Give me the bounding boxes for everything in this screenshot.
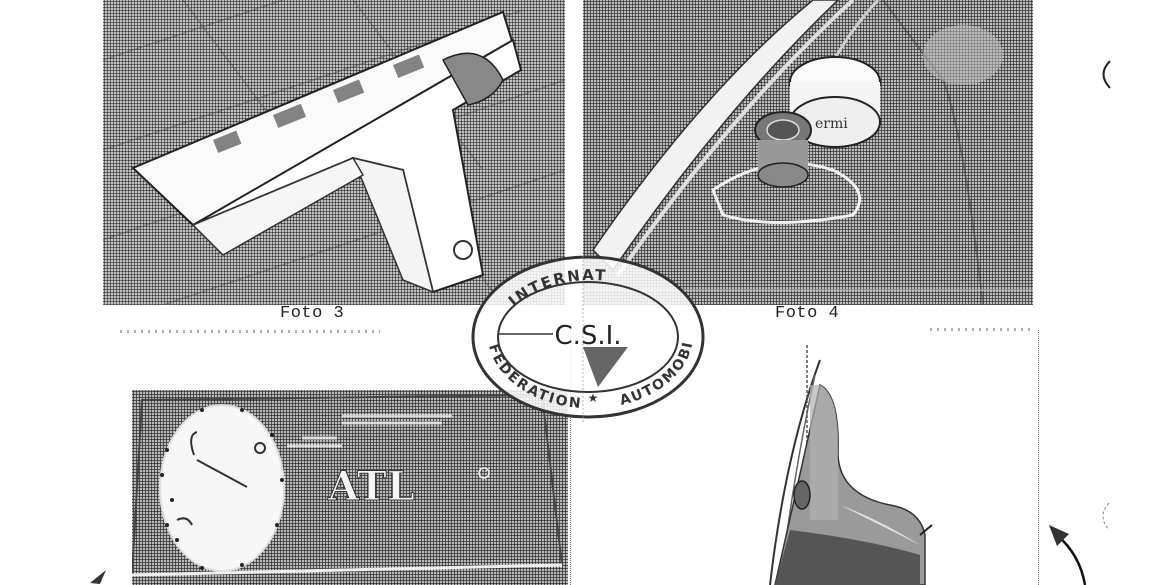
scan-noise-right [930,328,1035,331]
fuel-cell-side-illustration [760,335,1040,585]
scan-noise-top [120,330,380,333]
hole-punch-mark-top-icon [1095,58,1115,93]
stamp-center-text: C.S.I. [554,321,621,351]
curved-arrow-right-icon [1045,520,1095,585]
photo-frame-divider-right [1038,330,1039,585]
hole-punch-mark-bottom-icon [1095,500,1115,535]
photo-4-caption: Foto 4 [775,304,839,323]
atl-logo-text: ATL [327,463,415,510]
arrow-mark-bottom-left-icon [88,568,108,585]
photo-3-caption: Foto 3 [280,304,344,323]
svg-text:ermi: ermi [815,116,848,132]
fia-csi-stamp: INTERNAT FEDERATION AUTOMOBILE C.S.I. ★ [468,252,708,422]
stamp-star: ★ [588,391,599,405]
photo-6-fuel-cell-side [760,335,1040,585]
stamp-seal-icon: INTERNAT FEDERATION AUTOMOBILE C.S.I. ★ [468,252,708,422]
